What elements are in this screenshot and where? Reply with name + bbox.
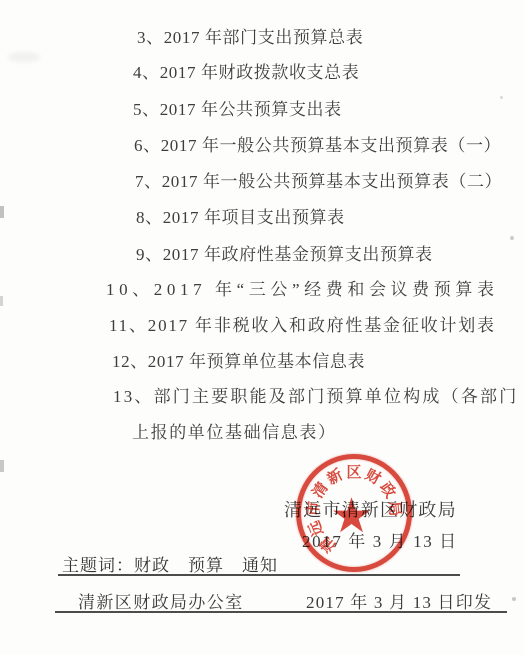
- attachment-list-item: 3、2017 年部门支出预算总表: [137, 28, 363, 48]
- attachment-list-item: 5、2017 年公共预算支出表: [133, 100, 342, 120]
- scan-edge-mark: [0, 460, 4, 472]
- subject-terms: 财政 预算 通知: [134, 556, 278, 575]
- attachment-list-item-continuation: 上报的单位基础信息表）: [132, 423, 337, 443]
- print-date: 2017 年 3 月 13 日印发: [306, 588, 492, 613]
- attachment-list-item: 7、2017 年一般公共预算基本支出预算表（二）: [135, 172, 502, 192]
- scan-smudge: [8, 52, 40, 62]
- footer-divider-top: [58, 574, 460, 576]
- scanned-document-page: 3、2017 年部门支出预算总表 4、2017 年财政拨款收支总表 5、2017…: [0, 0, 524, 655]
- issuing-office: 清新区财政局办公室: [78, 588, 244, 613]
- attachment-list-item: 11、2017 年非税收入和政府性基金征收计划表: [109, 316, 496, 336]
- attachment-list-item: 8、2017 年项目支出预算表: [136, 208, 345, 228]
- attachment-list-item: 6、2017 年一般公共预算基本支出预算表（一）: [134, 136, 501, 156]
- footer-divider-bottom: [55, 611, 507, 613]
- scan-edge-mark: [0, 206, 4, 218]
- attachment-list-item: 13、部门主要职能及部门预算单位构成（各部门: [113, 387, 518, 407]
- official-seal: ★ 清 远 市 清 新 区 财 政 局: [296, 454, 412, 572]
- seal-star-icon: ★: [330, 492, 373, 540]
- attachment-list-item: 10、2017 年“三公”经费和会议费预算表: [106, 280, 499, 300]
- scan-speck: [510, 236, 514, 240]
- seal-arc-char: 市: [304, 500, 324, 518]
- seal-arc-char: 区: [346, 464, 362, 482]
- seal-arc-char: 局: [384, 500, 404, 518]
- attachment-list-item: 4、2017 年财政拨款收支总表: [133, 63, 359, 83]
- subject-label: 主题词：: [62, 556, 134, 575]
- scan-speck: [512, 597, 516, 601]
- scan-edge-mark: [0, 296, 3, 306]
- scan-speck: [500, 96, 503, 99]
- attachment-list-item: 9、2017 年政府性基金预算支出预算表: [136, 245, 433, 265]
- subject-keywords-line: 主题词：财政 预算 通知: [62, 551, 278, 576]
- attachment-list-item: 12、2017 年预算单位基本信息表: [112, 352, 365, 372]
